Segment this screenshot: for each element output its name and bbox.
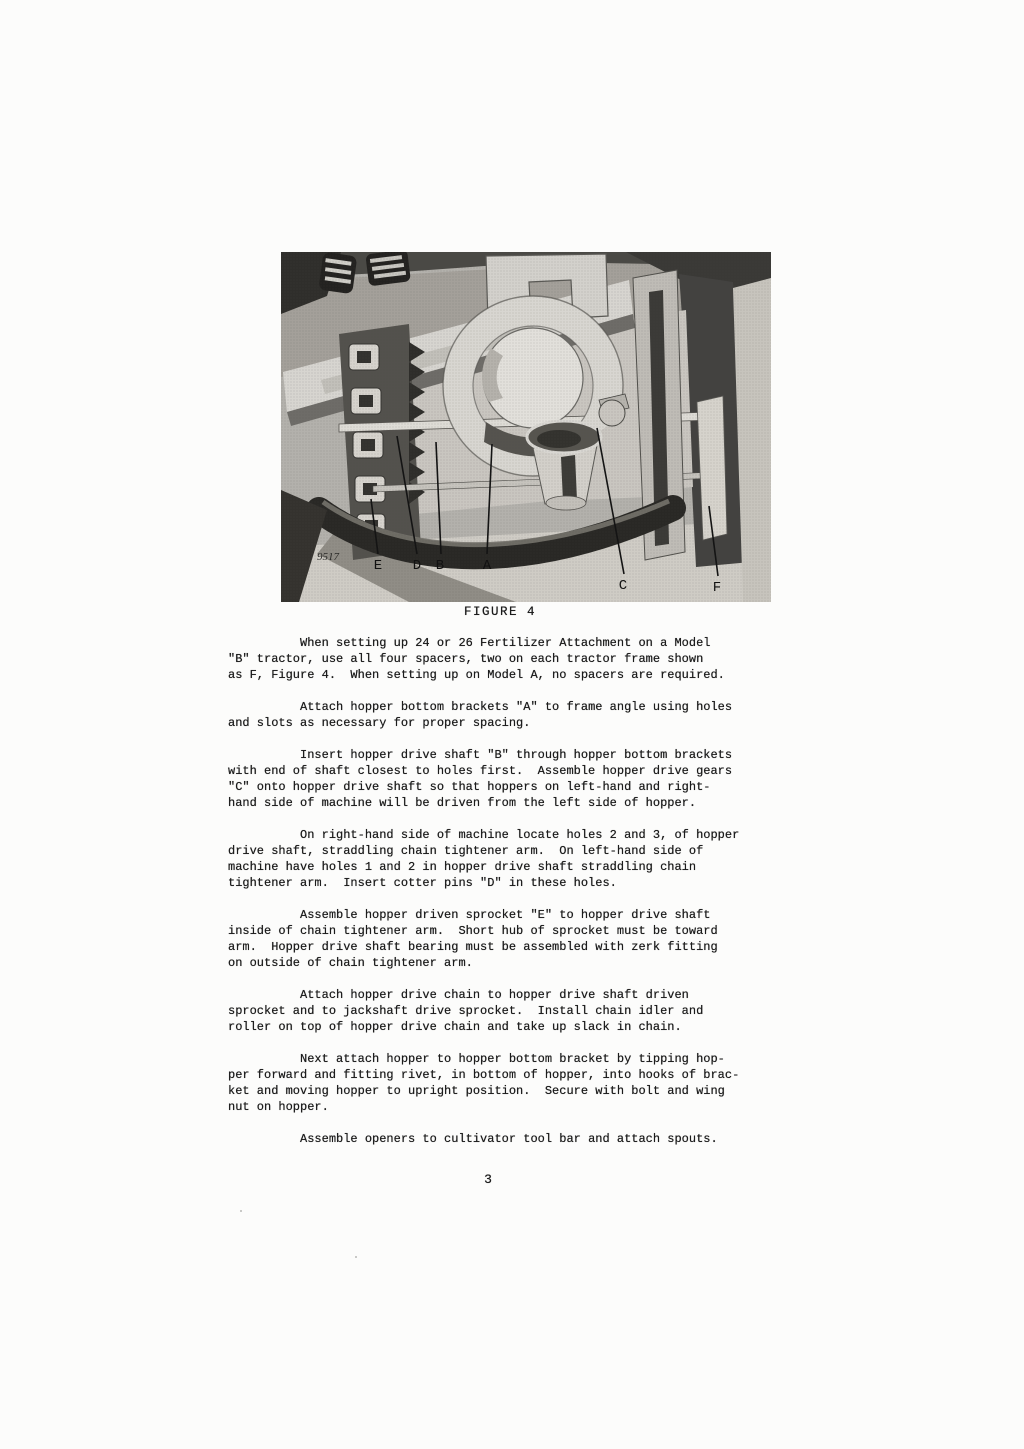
callout-label-c: C bbox=[619, 578, 627, 594]
body-paragraph-8: Assemble openers to cultivator tool bar … bbox=[228, 1131, 752, 1147]
figure-photo: E D B A C F 9517 bbox=[281, 252, 771, 602]
machine-photo-illustration: E D B A C F 9517 bbox=[281, 252, 771, 602]
figure-caption: FIGURE 4 bbox=[228, 605, 772, 619]
body-paragraph-7: Next attach hopper to hopper bottom brac… bbox=[228, 1051, 752, 1115]
scan-speck bbox=[240, 1210, 242, 1212]
body-paragraph-3: Insert hopper drive shaft "B" through ho… bbox=[228, 747, 752, 811]
halftone-texture bbox=[281, 252, 771, 602]
callout-label-b: B bbox=[436, 558, 444, 574]
photo-number: 9517 bbox=[317, 551, 340, 563]
callout-label-a: A bbox=[483, 558, 492, 574]
body-text: When setting up 24 or 26 Fertilizer Atta… bbox=[228, 635, 752, 1163]
callout-label-f: F bbox=[713, 580, 721, 596]
body-paragraph-4: On right-hand side of machine locate hol… bbox=[228, 827, 752, 891]
body-paragraph-1: When setting up 24 or 26 Fertilizer Atta… bbox=[228, 635, 752, 683]
callout-label-d: D bbox=[413, 558, 421, 574]
scan-speck bbox=[355, 1256, 357, 1258]
body-paragraph-2: Attach hopper bottom brackets "A" to fra… bbox=[228, 699, 752, 731]
body-paragraph-5: Assemble hopper driven sprocket "E" to h… bbox=[228, 907, 752, 971]
body-paragraph-6: Attach hopper drive chain to hopper driv… bbox=[228, 987, 752, 1035]
page-number: 3 bbox=[228, 1172, 748, 1187]
callout-label-e: E bbox=[374, 558, 382, 574]
manual-page: E D B A C F 9517 FIGURE 4 When setting u… bbox=[0, 0, 1024, 1449]
